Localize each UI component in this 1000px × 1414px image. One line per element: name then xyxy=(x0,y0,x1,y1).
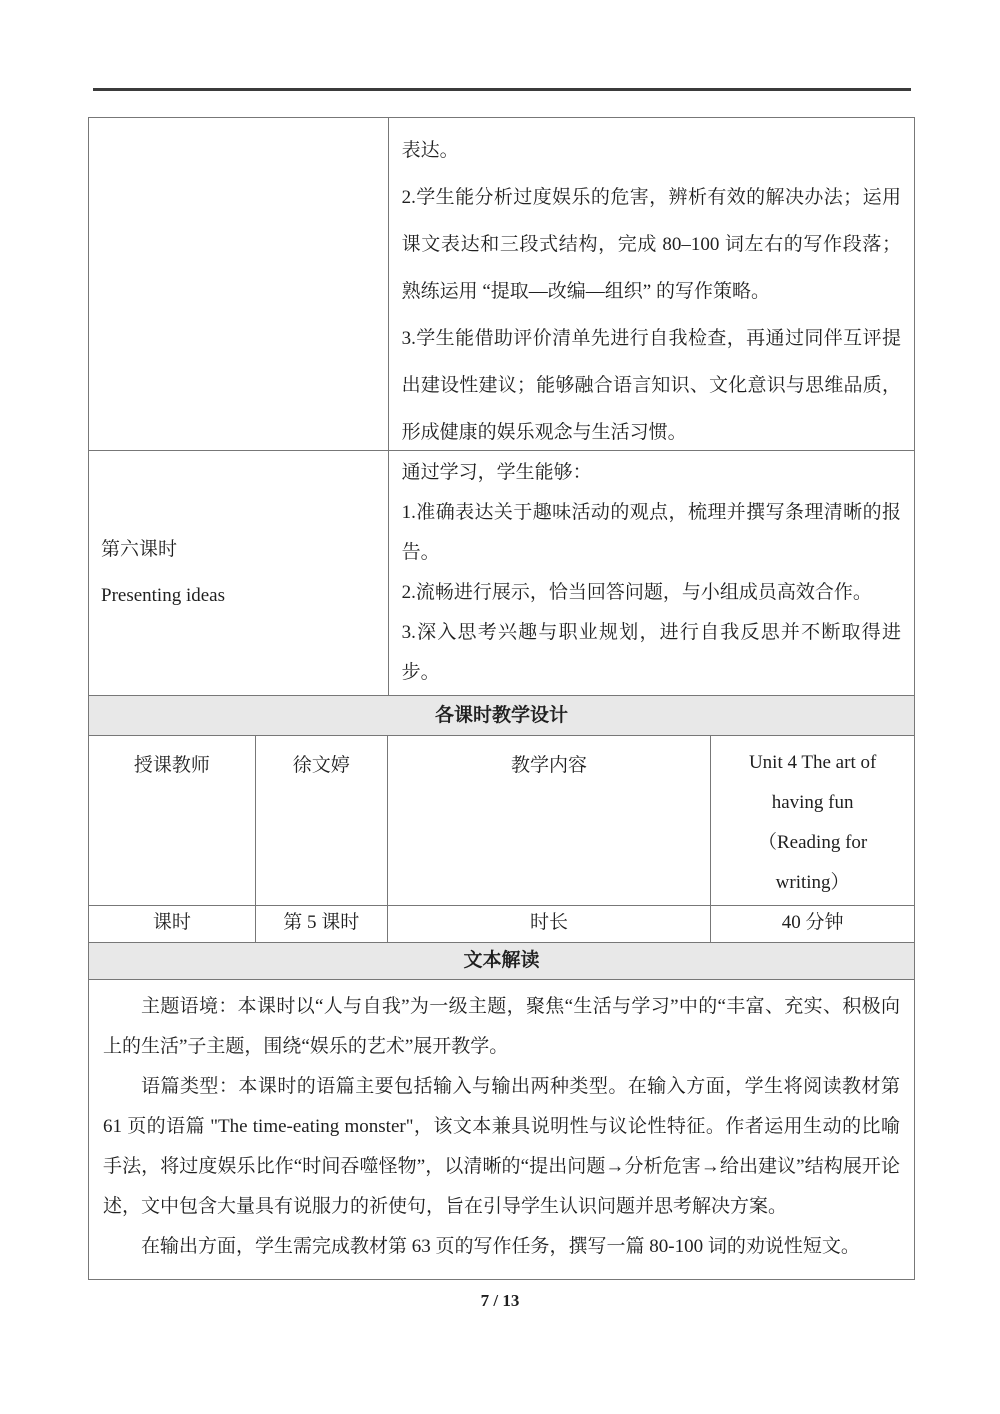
analysis-paragraph: 在输出方面，学生需完成教材第 63 页的写作任务，撰写一篇 80-100 词的劝… xyxy=(103,1227,900,1267)
empty-lesson-label-cell xyxy=(89,118,389,451)
table-row: 各课时教学设计 xyxy=(89,696,915,736)
page-number: 7 / 13 xyxy=(0,1291,1000,1311)
objective-paragraph: 1.准确表达关于趣味活动的观点，梳理并撰写条理清晰的报告。 xyxy=(402,493,901,573)
objective-paragraph: 2.流畅进行展示，恰当回答问题，与小组成员高效合作。 xyxy=(402,573,901,613)
analysis-paragraph: 主题语境：本课时以“人与自我”为一级主题，聚焦“生活与学习”中的“丰富、充实、积… xyxy=(103,987,900,1067)
document-page: 表达。 2.学生能分析过度娱乐的危害，辨析有效的解决办法；运用课文表达和三段式结… xyxy=(0,0,1000,1414)
lesson6-title-cell: 第六课时 Presenting ideas xyxy=(89,451,389,696)
content-line: （Reading for xyxy=(711,823,914,863)
lesson6-title-en: Presenting ideas xyxy=(101,573,388,619)
objective-paragraph: 3.深入思考兴趣与职业规划，进行自我反思并不断取得进步。 xyxy=(402,613,901,693)
table-row: 课时 第 5 课时 时长 40 分钟 xyxy=(89,906,915,943)
content-line: Unit 4 The art of xyxy=(711,743,914,783)
teacher-name-cell: 徐文婷 xyxy=(256,736,388,906)
table-row: 主题语境：本课时以“人与自我”为一级主题，聚焦“生活与学习”中的“丰富、充实、积… xyxy=(89,980,915,1280)
objective-paragraph: 通过学习，学生能够： xyxy=(402,453,901,493)
text-analysis-cell: 主题语境：本课时以“人与自我”为一级主题，聚焦“生活与学习”中的“丰富、充实、积… xyxy=(89,980,915,1280)
lesson5-objectives-cell: 表达。 2.学生能分析过度娱乐的危害，辨析有效的解决办法；运用课文表达和三段式结… xyxy=(389,118,915,451)
objective-paragraph: 2.学生能分析过度娱乐的危害，辨析有效的解决办法；运用课文表达和三段式结构，完成… xyxy=(402,174,901,315)
duration-label-cell: 时长 xyxy=(388,906,712,943)
content-value-cell: Unit 4 The art of having fun （Reading fo… xyxy=(711,736,915,906)
lesson6-title-cn: 第六课时 xyxy=(101,527,388,573)
table-row: 文本解读 xyxy=(89,943,915,980)
section-header-text-analysis: 文本解读 xyxy=(89,943,915,980)
lesson-plan-table: 表达。 2.学生能分析过度娱乐的危害，辨析有效的解决办法；运用课文表达和三段式结… xyxy=(88,117,915,1280)
section-header-design: 各课时教学设计 xyxy=(89,696,915,736)
period-label-cell: 课时 xyxy=(89,906,256,943)
objective-paragraph: 表达。 xyxy=(402,127,901,174)
table-row: 第六课时 Presenting ideas 通过学习，学生能够： 1.准确表达关… xyxy=(89,451,915,696)
content-label-cell: 教学内容 xyxy=(388,736,712,906)
table-row: 表达。 2.学生能分析过度娱乐的危害，辨析有效的解决办法；运用课文表达和三段式结… xyxy=(89,118,915,451)
duration-value-cell: 40 分钟 xyxy=(711,906,915,943)
lesson6-objectives-cell: 通过学习，学生能够： 1.准确表达关于趣味活动的观点，梳理并撰写条理清晰的报告。… xyxy=(389,451,915,696)
table-row: 授课教师 徐文婷 教学内容 Unit 4 The art of having f… xyxy=(89,736,915,906)
content-line: having fun xyxy=(711,783,914,823)
teacher-label-cell: 授课教师 xyxy=(89,736,256,906)
period-value-cell: 第 5 课时 xyxy=(256,906,388,943)
objective-paragraph: 3.学生能借助评价清单先进行自我检查，再通过同伴互评提出建设性建议；能够融合语言… xyxy=(402,315,901,451)
content-line: writing） xyxy=(711,863,914,903)
header-rule xyxy=(93,88,911,91)
analysis-paragraph: 语篇类型：本课时的语篇主要包括输入与输出两种类型。在输入方面，学生将阅读教材第 … xyxy=(103,1067,900,1227)
